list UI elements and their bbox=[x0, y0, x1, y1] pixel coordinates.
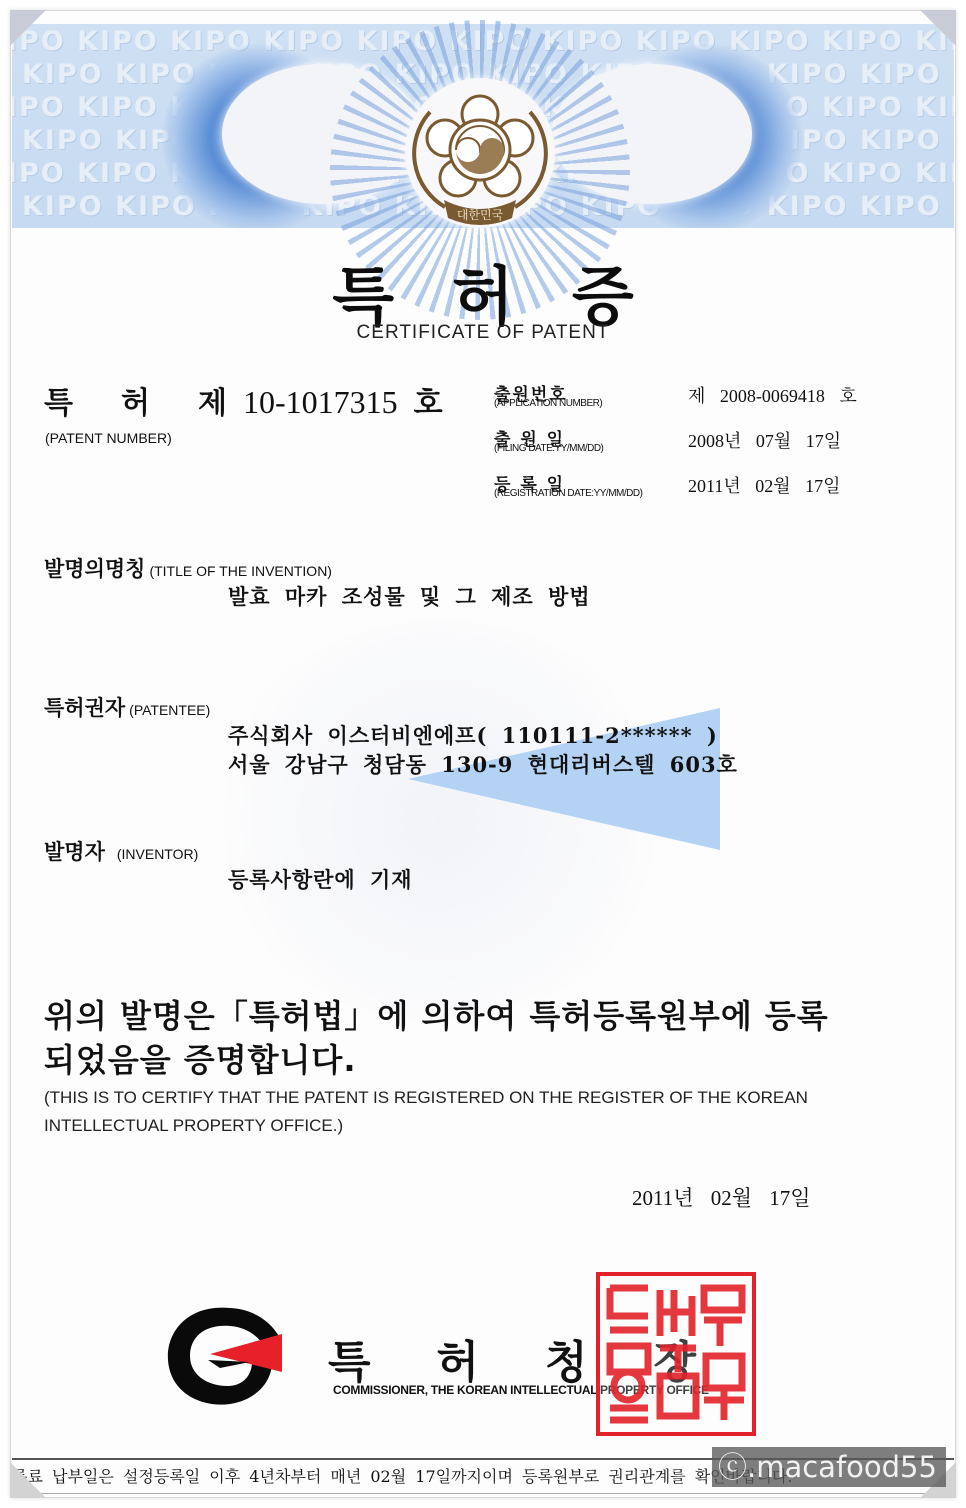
certificate-title-english: CERTIFICATE OF PATENT bbox=[0, 322, 966, 344]
inventor-label-english: (INVENTOR) bbox=[117, 846, 198, 862]
invention-title-label: 발명의명칭 bbox=[44, 557, 145, 581]
official-seal bbox=[596, 1272, 756, 1436]
invention-title-label-english: (TITLE OF THE INVENTION) bbox=[149, 563, 332, 579]
patent-number-label-1: 특 bbox=[44, 378, 73, 422]
invention-title-heading: 발명의명칭(TITLE OF THE INVENTION) bbox=[44, 553, 332, 583]
kipo-logo bbox=[160, 1300, 290, 1410]
inventor-heading: 발명자(INVENTOR) bbox=[44, 836, 198, 866]
invention-title-value: 발효 마카 조성물 및 그 제조 방법 bbox=[228, 581, 591, 611]
issue-date: 2011년 02월 17일 bbox=[632, 1182, 811, 1212]
inventor-label: 발명자 bbox=[44, 840, 105, 864]
certification-line-1: 위의 발명은「특허법」에 의하여 특허등록원부에 등록 bbox=[44, 994, 924, 1038]
photo-corner-bottom-left bbox=[10, 1462, 46, 1498]
certification-english-line-1: (THIS IS TO CERTIFY THAT THE PATENT IS R… bbox=[44, 1084, 904, 1112]
kipo-logo-icon bbox=[160, 1300, 290, 1410]
certification-statement: 위의 발명은「특허법」에 의하여 특허등록원부에 등록 되었음을 증명합니다. bbox=[44, 994, 924, 1082]
patent-number-value: 10-1017315 bbox=[243, 384, 398, 420]
certification-line-2: 되었음을 증명합니다. bbox=[44, 1038, 924, 1082]
info-value: 제 2008-0069418 호 bbox=[688, 382, 857, 408]
patentee-label-english: (PATENTEE) bbox=[129, 702, 210, 718]
info-label-english: (REGISTRATION DATE:YY/MM/DD) bbox=[494, 488, 642, 499]
patent-number: 특허제10-1017315호 bbox=[44, 378, 443, 422]
inventor-value: 등록사항란에 기재 bbox=[228, 864, 413, 894]
copyright-watermark: ⓒ.macafood55 bbox=[712, 1447, 946, 1487]
photo-corner-top-left bbox=[10, 10, 46, 46]
patent-number-label-3: 제 bbox=[198, 378, 227, 422]
footer-note: 록료 납부일은 설정등록일 이후 4년차부터 매년 02월 17일까지이며 등록… bbox=[12, 1464, 793, 1487]
patent-number-label-2: 허 bbox=[121, 378, 150, 422]
patentee-label: 특허권자 bbox=[44, 696, 125, 720]
svg-text:대한민국: 대한민국 bbox=[457, 207, 504, 222]
info-value: 2011년 02월 17일 bbox=[688, 472, 841, 498]
patentee-name: 주식회사 이스터비엔에프( 110111-2****** ) bbox=[228, 720, 718, 750]
info-value: 2008년 07월 17일 bbox=[688, 427, 841, 453]
application-info: 출원번호 (APPLICATION NUMBER) 제 2008-0069418… bbox=[494, 380, 894, 515]
mugunghwa-emblem-icon: 대한민국 bbox=[400, 72, 560, 232]
patentee-heading: 특허권자(PATENTEE) bbox=[44, 692, 210, 722]
red-seal-stamp-icon bbox=[600, 1276, 752, 1432]
national-emblem: 대한민국 bbox=[400, 72, 560, 232]
info-label-english: (FILING DATE:YY/MM/DD) bbox=[494, 443, 603, 454]
certification-statement-english: (THIS IS TO CERTIFY THAT THE PATENT IS R… bbox=[44, 1084, 904, 1140]
patentee-address: 서울 강남구 청담동 130-9 현대리버스텔 603호 bbox=[228, 749, 738, 779]
filing-date-row: 출 원 일 (FILING DATE:YY/MM/DD) 2008년 07월 1… bbox=[494, 425, 894, 470]
patent-number-suffix: 호 bbox=[414, 386, 443, 421]
info-label-english: (APPLICATION NUMBER) bbox=[494, 398, 602, 409]
registration-date-row: 등 록 일 (REGISTRATION DATE:YY/MM/DD) 2011년… bbox=[494, 470, 894, 515]
application-number-row: 출원번호 (APPLICATION NUMBER) 제 2008-0069418… bbox=[494, 380, 894, 425]
patent-number-label-english: (PATENT NUMBER) bbox=[45, 430, 172, 446]
certification-english-line-2: INTELLECTUAL PROPERTY OFFICE.) bbox=[44, 1112, 904, 1140]
photo-corner-top-right bbox=[920, 10, 956, 46]
